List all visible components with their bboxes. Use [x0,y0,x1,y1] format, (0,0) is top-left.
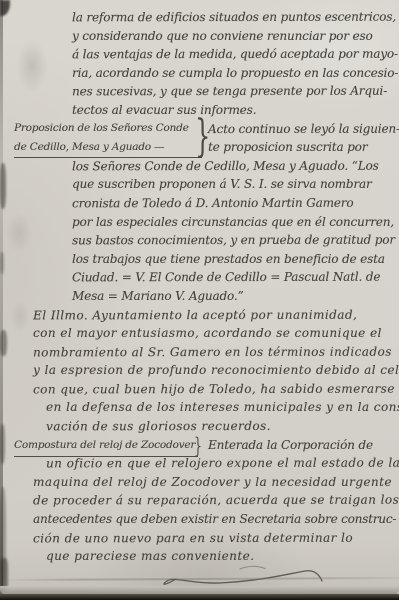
manuscript-line: cronista de Toledo á D. Antonio Martin G… [0,194,399,213]
stain [0,330,7,356]
manuscript-line: sus bastos conocimientos, y en prueba de… [0,231,399,250]
margin-note-text-underlined: Compostura del reloj de Zocodover [14,437,198,457]
manuscript-line: ción de uno nuevo para en su vista deter… [0,528,399,547]
stain [0,252,4,274]
manuscript-line: que suscriben proponen á V. S. I. se sir… [0,175,399,194]
margin-note-compostura: Compostura del reloj de Zocodover [14,437,204,457]
stain [0,163,6,209]
manuscript-line: de proceder á su reparación, acuerda que… [0,491,399,510]
manuscript-line: antecedentes que deben existir en Secret… [0,510,399,529]
margin-note-text-underlined: de Cedillo, Mesa y Aguado — [14,139,202,159]
stain [0,424,5,464]
manuscript-line: en la defensa de los intereses municipal… [0,398,399,417]
manuscript-line: nes sucesivas, y que se tenga presente p… [0,82,399,101]
manuscript-line: maquina del reloj de Zocodover y la nece… [0,473,399,492]
manuscript-line: la reforma de edificios situados en punt… [0,8,399,27]
margin-note-proposicion: Proposicion de los Señores Conde de Cedi… [14,120,204,158]
manuscript-page: la reforma de edificios situados en punt… [0,0,399,600]
manuscript-body: la reforma de edificios situados en punt… [0,8,399,566]
margin-note-text: Proposicion de los Señores Conde [14,120,204,139]
manuscript-line: nombramiento al Sr. Gamero en los términ… [0,342,399,361]
manuscript-line: á las ventajas de la medida, quedó acept… [0,45,399,64]
manuscript-line: los trabajos que tiene prestados en bene… [0,250,399,269]
scan-shadow [0,594,399,600]
brace-icon: } [195,117,210,157]
manuscript-line: por las especiales circunstancias que en… [0,213,399,232]
manuscript-line: Ciudad. = V. El Conde de Cedillo = Pascu… [0,268,399,287]
manuscript-line: ria, acordando se cumpla lo propuesto en… [0,64,399,83]
manuscript-line: con el mayor entusiasmo, acordando se co… [0,324,399,343]
manuscript-line: y considerando que no conviene renunciar… [0,27,399,46]
corner-shadow [0,578,26,600]
manuscript-line: y la espresion de profundo reconocimient… [0,361,399,380]
manuscript-line: Mesa = Mariano V. Aguado.” [0,287,399,306]
manuscript-line: El Illmo. Ayuntamiento la aceptó por una… [0,305,399,324]
brace-icon: } [194,436,202,456]
manuscript-line: con que, cual buen hijo de Toledo, ha sa… [0,379,399,398]
